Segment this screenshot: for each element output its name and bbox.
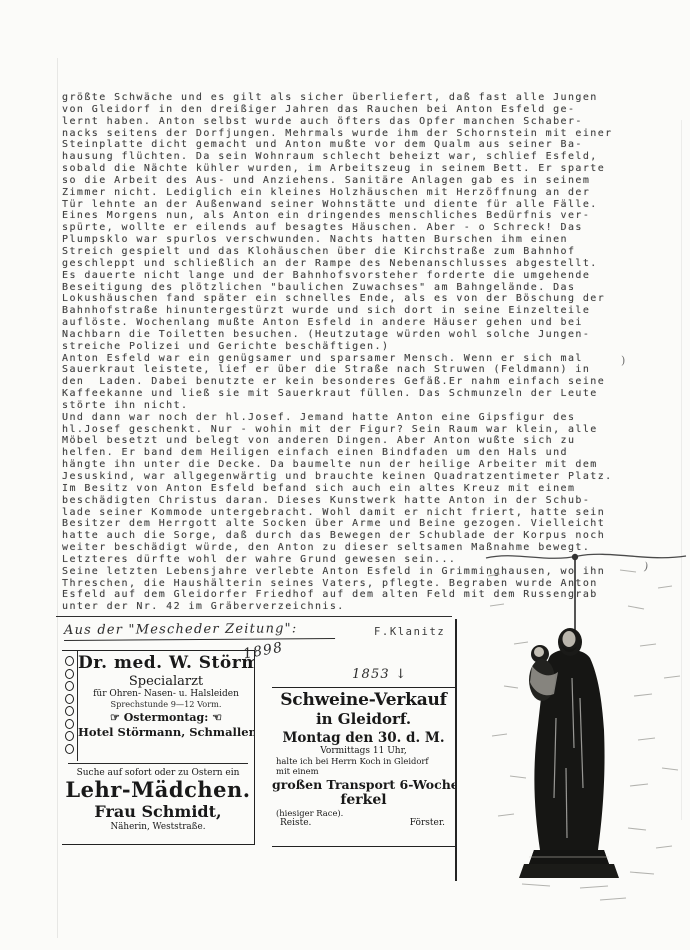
ornamental-ring-border bbox=[62, 651, 78, 761]
ad-pigsale-place: Reiste. bbox=[280, 818, 311, 828]
handwritten-year-1853: 1853 ↓ bbox=[352, 667, 407, 682]
pointing-hand-left-icon: ☜ bbox=[212, 711, 222, 724]
ad-pigsale-line4: ferkel bbox=[272, 792, 455, 808]
ad-doctor-day: ☞ Ostermontag: ☜ bbox=[78, 711, 254, 724]
ad-doctor-subtitle: Specialarzt bbox=[78, 674, 254, 689]
clipping-vertical-divider bbox=[455, 619, 457, 881]
ad-pigsale-date: Montag den 30. d. M. bbox=[272, 730, 455, 746]
ad-pigsale-line3: großen Transport 6-Wochens- bbox=[272, 777, 455, 792]
paper-left-edge bbox=[57, 58, 58, 938]
typed-text-line: Nachbarn die Toiletten besuchen. (Heutzu… bbox=[62, 329, 637, 341]
typed-text-line: hatte auch die Sorge, daß durch das Bewe… bbox=[62, 530, 637, 542]
ad-apprentice-address: Näherin, Weststraße. bbox=[62, 822, 254, 832]
ad-doctor-specialty: für Ohren- Nasen- u. Halsleiden bbox=[78, 689, 254, 699]
ad-pigsale-line5: (hiesiger Race). bbox=[272, 808, 455, 818]
typed-text-line: geschleppt und schließlich an der Rampe … bbox=[62, 258, 637, 270]
typed-text-line: Beseitigung des plötzlichen "baulichen Z… bbox=[62, 282, 637, 294]
text-end-rule bbox=[56, 616, 452, 617]
typed-text-line: größte Schwäche und es gilt als sicher ü… bbox=[62, 92, 637, 104]
handwritten-source-note: Aus der "Mescheder Zeitung": bbox=[64, 621, 336, 641]
newspaper-clipping-stoermann: Dr. med. W. Störmann Specialarzt für Ohr… bbox=[62, 650, 255, 845]
typed-text-line: nacks seitens der Dorfjungen. Mehrmals w… bbox=[62, 128, 637, 140]
typed-text-line: Eines Morgens nun, als Anton ein dringen… bbox=[62, 210, 637, 222]
typed-text-line: helfen. Er band dem Heiligen einfach ein… bbox=[62, 447, 637, 459]
typed-text-line: Möbel besetzt und belegt von anderen Din… bbox=[62, 435, 637, 447]
typed-text-line: spürte, wollte er eilends auf besagtes H… bbox=[62, 222, 637, 234]
ad-doctor-day-label: Ostermontag: bbox=[124, 711, 209, 724]
ad-apprentice-title: Lehr-Mädchen. bbox=[62, 778, 254, 802]
typed-text-line: Zimmer nicht. Lediglich ein kleines Holz… bbox=[62, 187, 637, 199]
typed-text-line: Anton Esfeld war ein genügsamer und spar… bbox=[62, 353, 637, 365]
typed-text-line: hausung flüchten. Da sein Wohnraum schle… bbox=[62, 151, 637, 163]
typed-text-line: hl.Josef geschenkt. Nur - wohin mit der … bbox=[62, 424, 637, 436]
typed-text-line: Und dann war noch der hl.Josef. Jemand h… bbox=[62, 412, 637, 424]
newspaper-clipping-schweine: Schweine-Verkauf in Gleidorf. Montag den… bbox=[272, 687, 455, 847]
typed-text-line: lade seiner Kommode untergebracht. Wohl … bbox=[62, 507, 637, 519]
typed-text-line: Steinplatte dicht gemacht und Anton mußt… bbox=[62, 139, 637, 151]
typed-text-line: auflöste. Wochenlang mußte Anton Esfeld … bbox=[62, 317, 637, 329]
typed-text-block: größte Schwäche und es gilt als sicher ü… bbox=[62, 92, 637, 613]
typed-text-line: Sauerkraut leistete, lief er über die St… bbox=[62, 364, 637, 376]
typed-text-line: Streich gespielt und das Klohäuschen übe… bbox=[62, 246, 637, 258]
typed-text-line: sobald die Nächte kühler wurden, im Arbe… bbox=[62, 163, 637, 175]
ad-pigsale-time: Vormittags 11 Uhr, bbox=[272, 746, 455, 756]
typed-text-line: den Laden. Dabei benutzte er kein besond… bbox=[62, 376, 637, 388]
typed-text-line: hängte ihn unter die Decke. Da baumelte … bbox=[62, 459, 637, 471]
ad-pigsale-line1: halte ich bei Herrn Koch in Gleidorf bbox=[272, 756, 455, 766]
typed-text-line: Tür lehnte an der Außenwand seiner Wohns… bbox=[62, 199, 637, 211]
stray-pen-mark: ) bbox=[621, 354, 625, 367]
typed-text-line: Es dauerte nicht lange und der Bahnhofsv… bbox=[62, 270, 637, 282]
author-name: F.Klanitz bbox=[374, 626, 445, 638]
ad-doctor-hours: Sprechstunde 9—12 Vorm. bbox=[78, 699, 254, 709]
ad-apprentice-name: Frau Schmidt, bbox=[62, 802, 254, 822]
typed-text-line: störte ihn nicht. bbox=[62, 400, 637, 412]
typed-text-line: Besitzer dem Herrgott alte Socken über A… bbox=[62, 518, 637, 530]
ad-apprentice: Suche auf sofort oder zu Ostern ein Lehr… bbox=[62, 764, 254, 832]
typed-text-line: Kaffeekanne und ließ sie mit Sauerkraut … bbox=[62, 388, 637, 400]
typed-text-line: Jesuskind, war allgegenwärtig und brauch… bbox=[62, 471, 637, 483]
ad-doctor-title: Dr. med. W. Störmann bbox=[78, 653, 254, 673]
typed-text-line: Lokushäuschen fand später ein schnelles … bbox=[62, 293, 637, 305]
typed-text-line: Im Besitz von Anton Esfeld befand sich a… bbox=[62, 483, 637, 495]
ad-pigsale-seller: Förster. bbox=[410, 818, 445, 828]
st-joseph-statue-illustration bbox=[480, 548, 690, 910]
ad-pigsale-subtitle: in Gleidorf. bbox=[272, 710, 455, 728]
ad-pigsale-title: Schweine-Verkauf bbox=[272, 690, 455, 710]
ad-pigsale-line2: mit einem bbox=[272, 766, 455, 776]
typed-text-line: Bahnhofstraße hinuntergestürzt wurde und… bbox=[62, 305, 637, 317]
typed-text-line: lernt haben. Anton selbst wurde auch öft… bbox=[62, 116, 637, 128]
typed-text-line: so die Arbeit des Aus- und Anziehens. Sa… bbox=[62, 175, 637, 187]
typed-text-line: von Gleidorf in den dreißiger Jahren das… bbox=[62, 104, 637, 116]
ad-doctor-location: Hotel Störmann, Schmallenberg bbox=[78, 725, 254, 739]
typed-text-line: Plumpsklo war spurlos verschwunden. Nach… bbox=[62, 234, 637, 246]
pointing-hand-right-icon: ☞ bbox=[110, 711, 120, 724]
typed-text-line: streiche Polizei und Gerichte beschäftig… bbox=[62, 341, 637, 353]
scanned-document-page: größte Schwäche und es gilt als sicher ü… bbox=[0, 0, 690, 950]
typed-text-line: beschädigten Christus daran. Dieses Kuns… bbox=[62, 495, 637, 507]
